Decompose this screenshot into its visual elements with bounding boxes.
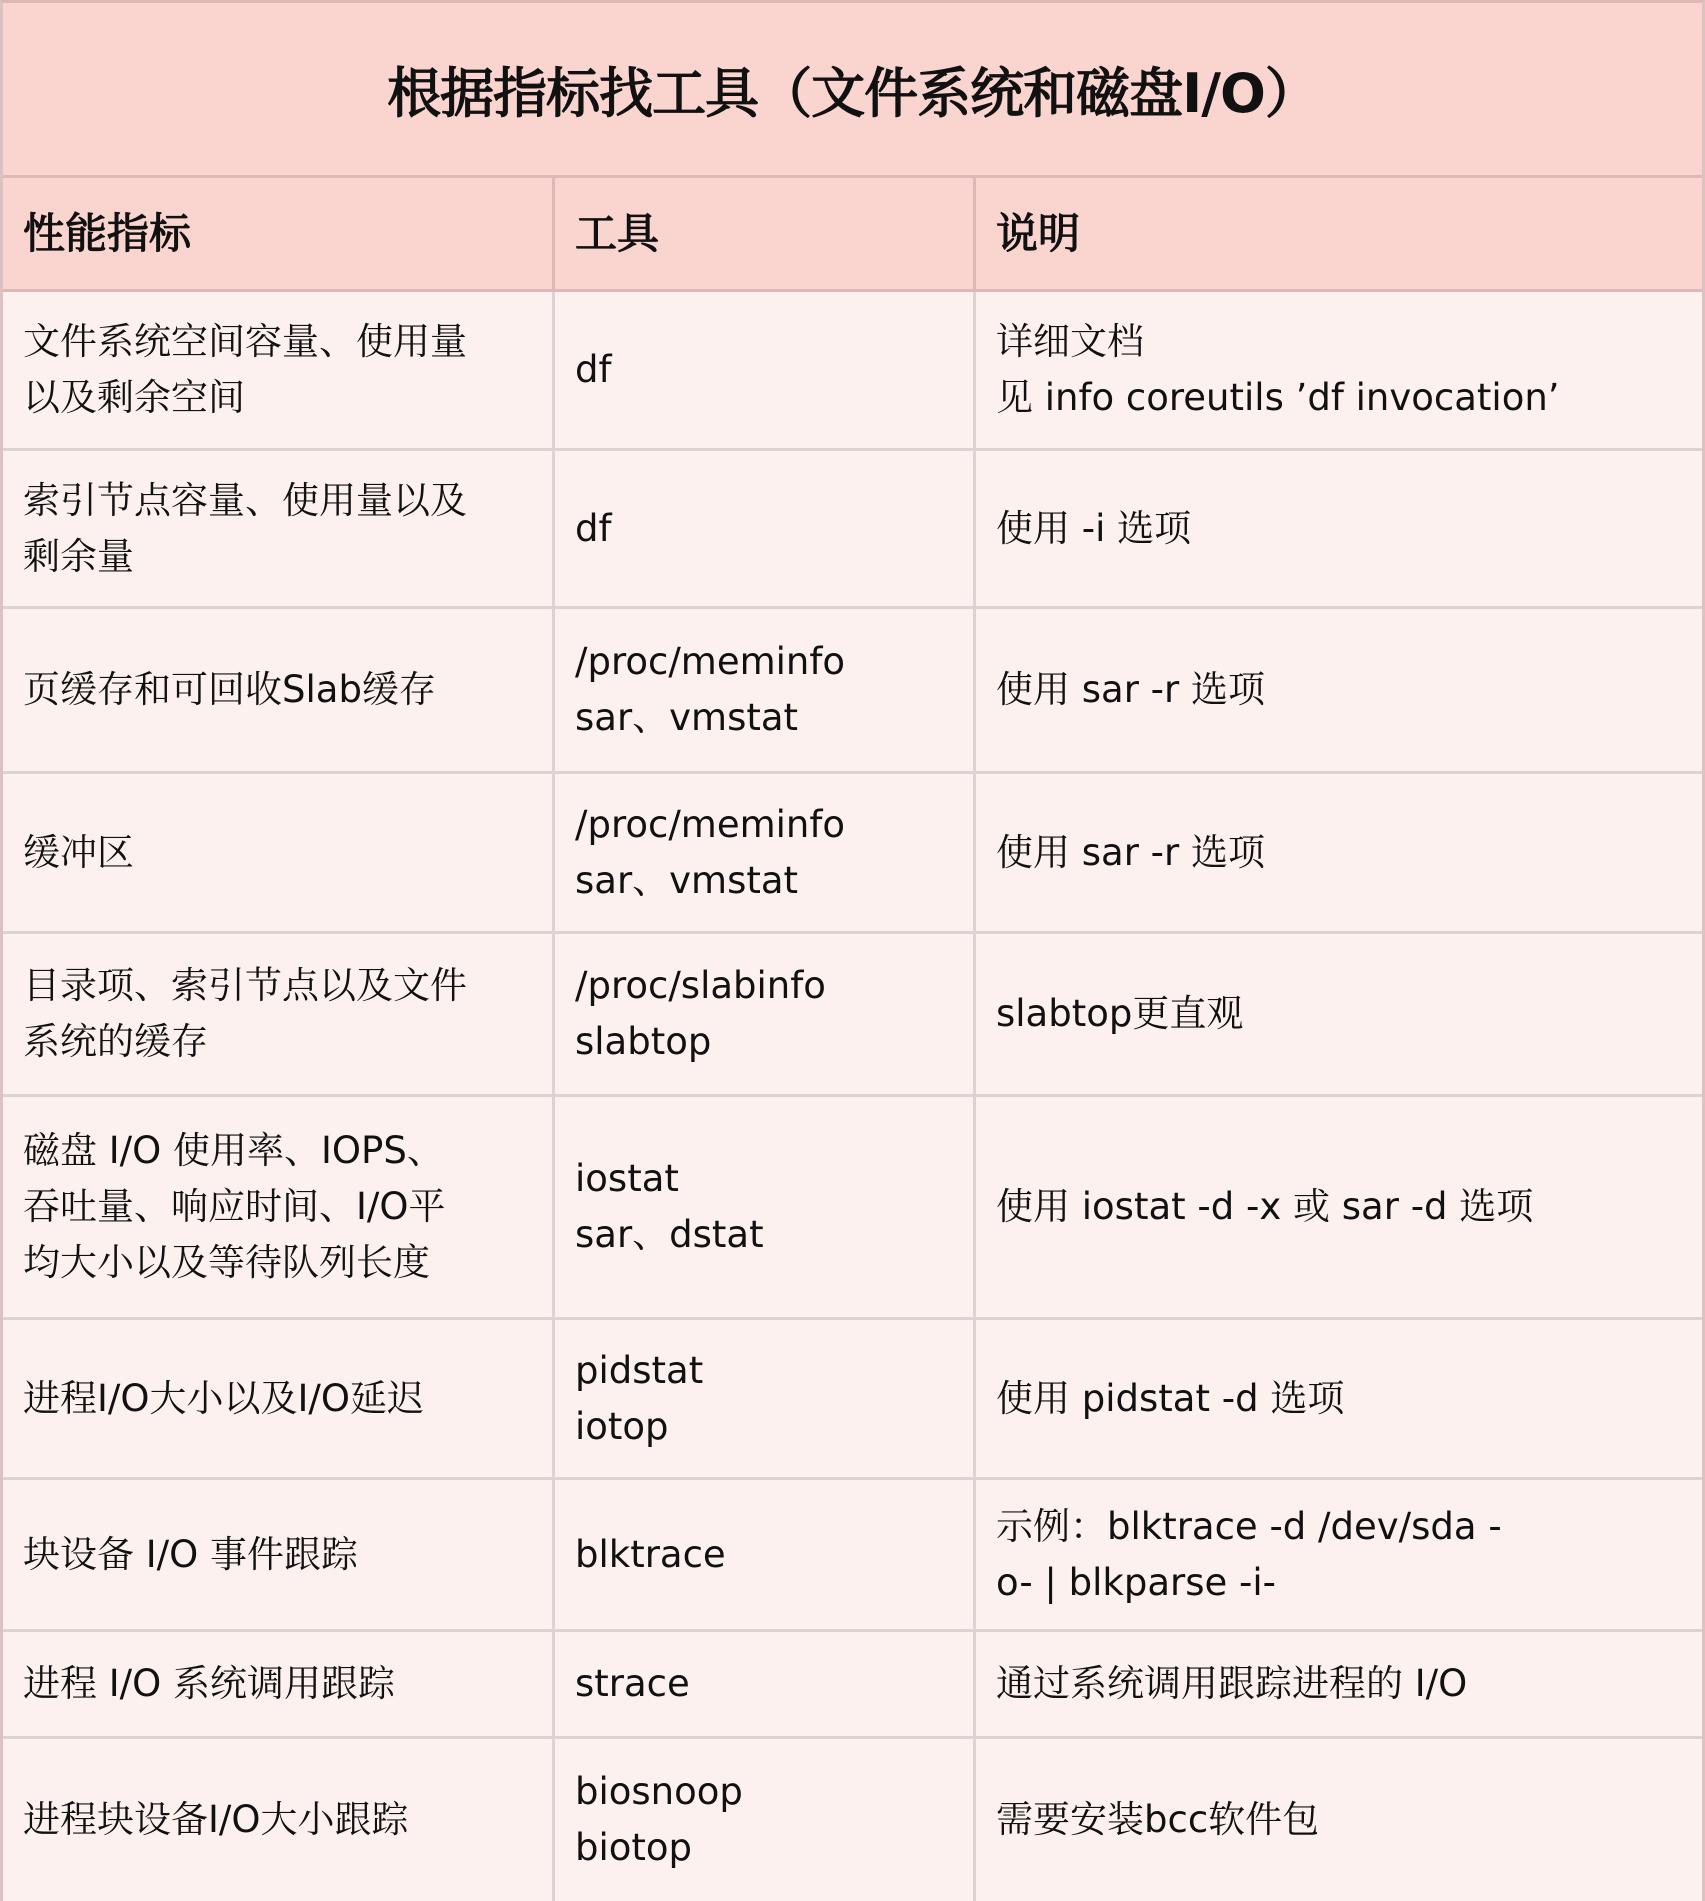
metric-cell: 块设备 I/O 事件跟踪 [3,1480,552,1629]
tool-cell: /proc/meminfo sar、vmstat [552,609,973,771]
note-cell: 需要安装bcc软件包 [973,1739,1702,1901]
tool-cell: df [552,292,973,448]
table-header-row: 性能指标 工具 说明 [3,178,1702,292]
metric-cell: 进程I/O大小以及I/O延迟 [3,1320,552,1477]
note-cell: 使用 -i 选项 [973,451,1702,606]
column-header-tool: 工具 [552,178,973,289]
note-cell: 使用 pidstat -d 选项 [973,1320,1702,1477]
table-row: 块设备 I/O 事件跟踪 blktrace 示例：blktrace -d /de… [3,1480,1702,1632]
table-row: 缓冲区 /proc/meminfo sar、vmstat 使用 sar -r 选… [3,774,1702,934]
table-row: 目录项、索引节点以及文件 系统的缓存 /proc/slabinfo slabto… [3,934,1702,1097]
tool-cell: /proc/meminfo sar、vmstat [552,774,973,931]
tool-cell: iostat sar、dstat [552,1097,973,1317]
tool-cell: pidstat iotop [552,1320,973,1477]
tool-cell: strace [552,1632,973,1736]
column-header-metric: 性能指标 [3,178,552,289]
tool-cell: biosnoop biotop [552,1739,973,1901]
metric-cell: 目录项、索引节点以及文件 系统的缓存 [3,934,552,1094]
note-cell: 详细文档 见 info coreutils ’df invocation’ [973,292,1702,448]
metric-cell: 页缓存和可回收Slab缓存 [3,609,552,771]
note-cell: 使用 sar -r 选项 [973,609,1702,771]
tool-cell: /proc/slabinfo slabtop [552,934,973,1094]
tool-cell: df [552,451,973,606]
metric-cell: 磁盘 I/O 使用率、IOPS、 吞吐量、响应时间、I/O平 均大小以及等待队列… [3,1097,552,1317]
metric-cell: 进程 I/O 系统调用跟踪 [3,1632,552,1736]
metric-cell: 进程块设备I/O大小跟踪 [3,1739,552,1901]
tools-table: 根据指标找工具（文件系统和磁盘I/O） 性能指标 工具 说明 文件系统空间容量、… [0,0,1705,1901]
note-cell: 使用 iostat -d -x 或 sar -d 选项 [973,1097,1702,1317]
note-cell: 示例：blktrace -d /dev/sda - o- | blkparse … [973,1480,1702,1629]
table-row: 文件系统空间容量、使用量 以及剩余空间 df 详细文档 见 info coreu… [3,292,1702,451]
column-header-note: 说明 [973,178,1702,289]
table-row: 进程 I/O 系统调用跟踪 strace 通过系统调用跟踪进程的 I/O [3,1632,1702,1739]
table-row: 进程块设备I/O大小跟踪 biosnoop biotop 需要安装bcc软件包 [3,1739,1702,1901]
metric-cell: 文件系统空间容量、使用量 以及剩余空间 [3,292,552,448]
table-row: 进程I/O大小以及I/O延迟 pidstat iotop 使用 pidstat … [3,1320,1702,1480]
metric-cell: 缓冲区 [3,774,552,931]
note-cell: slabtop更直观 [973,934,1702,1094]
tool-cell: blktrace [552,1480,973,1629]
table-title: 根据指标找工具（文件系统和磁盘I/O） [3,3,1702,178]
table-row: 磁盘 I/O 使用率、IOPS、 吞吐量、响应时间、I/O平 均大小以及等待队列… [3,1097,1702,1320]
table-row: 页缓存和可回收Slab缓存 /proc/meminfo sar、vmstat 使… [3,609,1702,774]
note-cell: 通过系统调用跟踪进程的 I/O [973,1632,1702,1736]
note-cell: 使用 sar -r 选项 [973,774,1702,931]
table-row: 索引节点容量、使用量以及 剩余量 df 使用 -i 选项 [3,451,1702,609]
metric-cell: 索引节点容量、使用量以及 剩余量 [3,451,552,606]
